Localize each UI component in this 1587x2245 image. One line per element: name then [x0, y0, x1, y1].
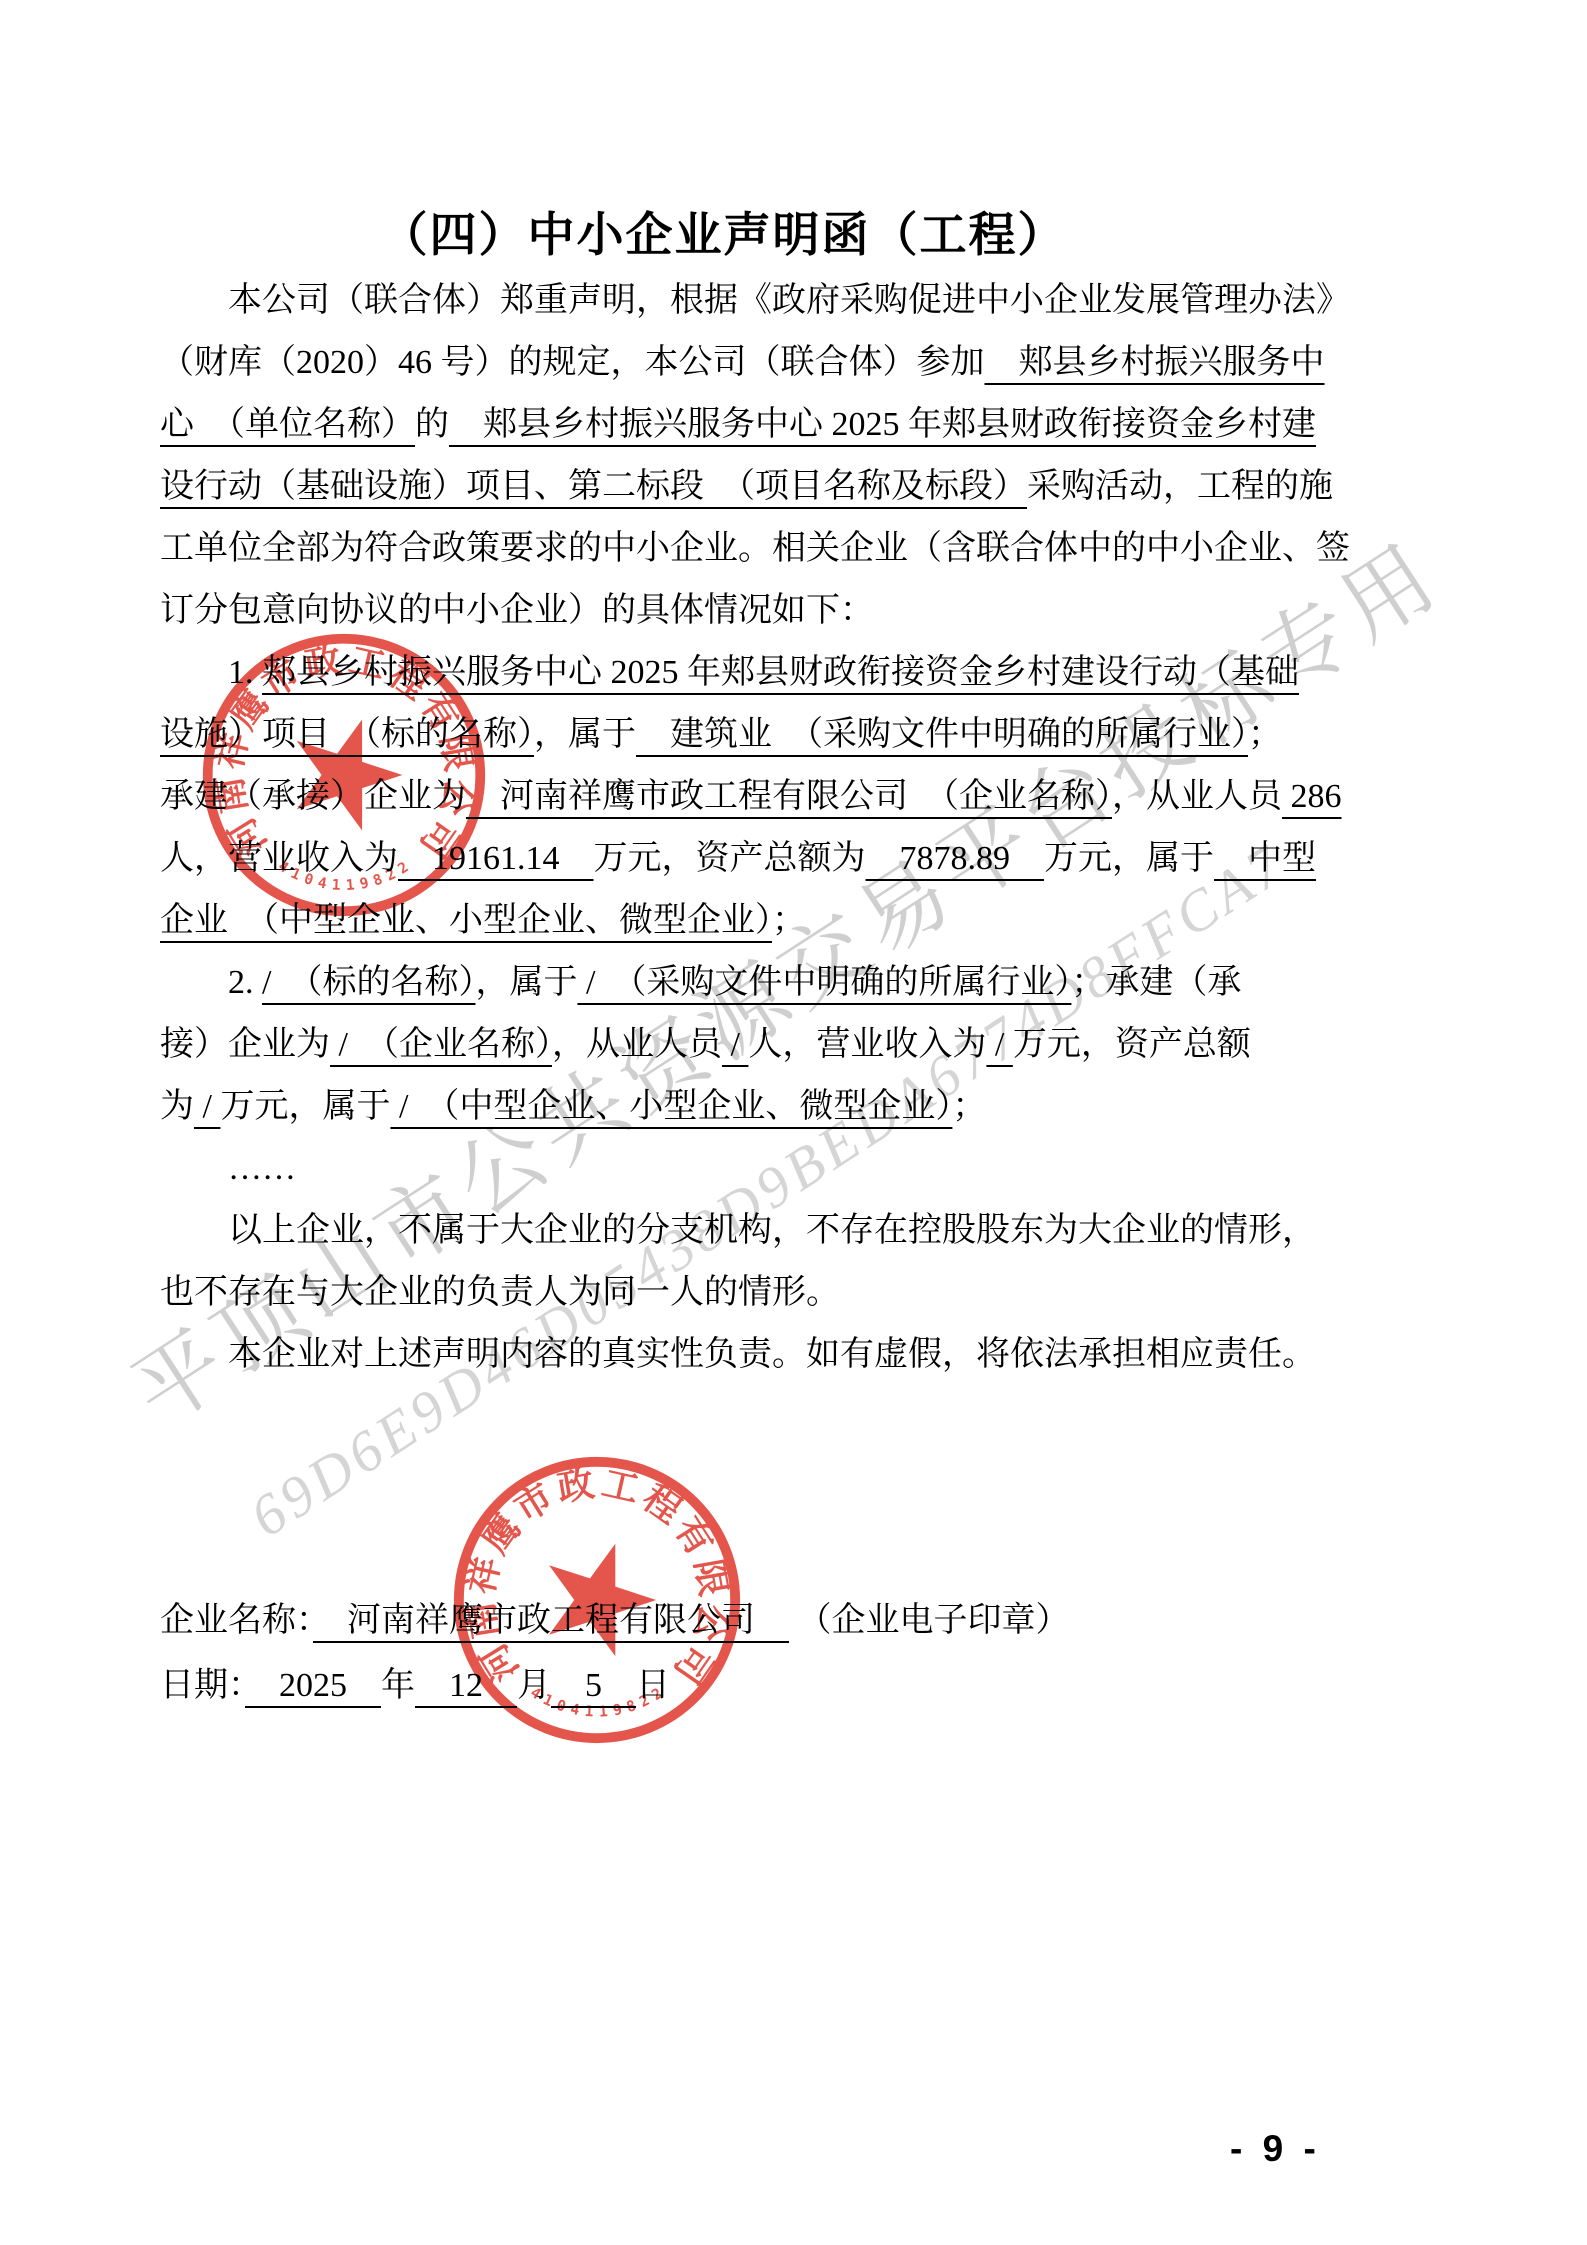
text-run: 年	[381, 1667, 415, 1704]
document-line: 以上企业，不属于大企业的分支机构，不存在控股股东为大企业的情形，	[160, 1200, 1450, 1262]
text-run: ，属于	[534, 716, 636, 753]
page-title: （四）中小企业声明函（工程）	[0, 198, 1447, 265]
text-run: 2.	[228, 964, 262, 1001]
text-run: 日	[636, 1667, 670, 1704]
document-line: 人，营业收入为 19161.14 万元，资产总额为 7878.89 万元，属于 …	[160, 828, 1450, 890]
document-line: 日期： 2025 年 12 月 5 日	[160, 1653, 1070, 1718]
text-run: 月	[517, 1667, 551, 1704]
document-line: 2. / （标的名称），属于 / （采购文件中明确的所属行业）；承建（承	[160, 952, 1450, 1014]
fill-in-blank: / （企业名称）	[330, 1026, 552, 1063]
text-run: 1.	[228, 654, 262, 691]
document-line: 本企业对上述声明内容的真实性负责。如有虚假，将依法承担相应责任。	[160, 1324, 1450, 1386]
document-line: 工单位全部为符合政策要求的中小企业。相关企业（含联合体中的中小企业、签	[160, 518, 1450, 580]
text-run: 也不存在与大企业的负责人为同一人的情形。	[160, 1274, 840, 1311]
document-line: 为 / 万元，属于 / （中型企业、小型企业、微型企业）；	[160, 1076, 1450, 1138]
document-line: 1. 郏县乡村振兴服务中心 2025 年郏县财政衔接资金乡村建设行动（基础	[160, 642, 1450, 704]
text-run: 本公司（联合体）郑重声明，根据《政府采购促进中小企业发展管理办法》	[228, 282, 1350, 319]
declaration-document-page: { "page": { "title": "（四）中小企业声明函（工程）", "…	[0, 0, 1587, 2245]
text-run: 接）企业为	[160, 1026, 330, 1063]
text-run: ，属于	[475, 964, 577, 1001]
text-run: 采购活动，工程的施	[1027, 468, 1333, 505]
text-run: 以上企业，不属于大企业的分支机构，不存在控股股东为大企业的情形，	[228, 1212, 1316, 1249]
text-run: 人，营业收入为	[748, 1026, 986, 1063]
text-run: 万元，资产总额为	[594, 840, 866, 877]
text-run: ；	[952, 1088, 986, 1125]
document-line: 设施）项目 （标的名称），属于 建筑业 （采购文件中明确的所属行业）；	[160, 704, 1450, 766]
fill-in-blank: 企业 （中型企业、小型企业、微型企业）	[160, 902, 772, 939]
text-run: 万元，资产总额	[1013, 1026, 1251, 1063]
text-run: ……	[228, 1150, 296, 1187]
fill-in-blank: 建筑业 （采购文件中明确的所属行业）	[636, 716, 1248, 753]
text-run: （财库（2020）46 号）的规定，本公司（联合体）参加	[160, 344, 985, 381]
document-line: 接）企业为 / （企业名称），从业人员 / 人，营业收入为 / 万元，资产总额	[160, 1014, 1450, 1076]
text-run: ，从业人员	[552, 1026, 722, 1063]
fill-in-blank: / （中型企业、小型企业、微型企业）	[390, 1088, 952, 1125]
document-line: 承建（承接）企业为 河南祥鹰市政工程有限公司 （企业名称），从业人员 286	[160, 766, 1450, 828]
text-run: ；承建（承	[1071, 964, 1241, 1001]
fill-in-blank: /	[194, 1088, 220, 1125]
document-line: 设行动（基础设施）项目、第二标段 （项目名称及标段）采购活动，工程的施	[160, 456, 1450, 518]
fill-in-blank: 河南祥鹰市政工程有限公司 （企业名称）	[466, 778, 1112, 815]
fill-in-blank: / （标的名称）	[262, 964, 475, 1001]
fill-in-blank: / （采购文件中明确的所属行业）	[577, 964, 1071, 1001]
text-run: 万元，属于	[220, 1088, 390, 1125]
text-run: ；	[772, 902, 806, 939]
text-run: 万元，属于	[1044, 840, 1214, 877]
text-run: 企业名称：	[160, 1602, 313, 1639]
document-line: 心 （单位名称）的 郏县乡村振兴服务中心 2025 年郏县财政衔接资金乡村建	[160, 394, 1450, 456]
fill-in-blank: /	[986, 1026, 1012, 1063]
fill-in-blank: 5	[551, 1667, 636, 1704]
fill-in-blank: 河南祥鹰市政工程有限公司	[313, 1602, 789, 1639]
document-line: 企业名称： 河南祥鹰市政工程有限公司 （企业电子印章）	[160, 1588, 1070, 1653]
fill-in-blank: 郏县乡村振兴服务中心 2025 年郏县财政衔接资金乡村建	[449, 406, 1316, 443]
text-run: 的	[415, 406, 449, 443]
fill-in-blank: 286	[1282, 778, 1342, 815]
signature-block: 企业名称： 河南祥鹰市政工程有限公司 （企业电子印章）日期： 2025 年 12…	[160, 1588, 1070, 1718]
text-run: 人，营业收入为	[160, 840, 398, 877]
fill-in-blank: /	[722, 1026, 748, 1063]
declaration-body: 本公司（联合体）郑重声明，根据《政府采购促进中小企业发展管理办法》（财库（202…	[160, 270, 1450, 1386]
text-run: 工单位全部为符合政策要求的中小企业。相关企业（含联合体中的中小企业、签	[160, 530, 1350, 567]
text-run: ；	[1248, 716, 1282, 753]
document-line: ……	[160, 1138, 1450, 1200]
fill-in-blank: 设施）项目 （标的名称）	[160, 716, 534, 753]
fill-in-blank: 心 （单位名称）	[160, 406, 415, 443]
page-number: - 9 -	[1230, 2128, 1321, 2170]
text-run: 为	[160, 1088, 194, 1125]
text-run: 承建（承接）企业为	[160, 778, 466, 815]
fill-in-blank: 2025	[245, 1667, 381, 1704]
text-run: （企业电子印章）	[789, 1602, 1070, 1639]
document-line: （财库（2020）46 号）的规定，本公司（联合体）参加 郏县乡村振兴服务中	[160, 332, 1450, 394]
document-line: 企业 （中型企业、小型企业、微型企业）；	[160, 890, 1450, 952]
fill-in-blank: 郏县乡村振兴服务中心 2025 年郏县财政衔接资金乡村建设行动（基础	[262, 654, 1299, 691]
document-line: 本公司（联合体）郑重声明，根据《政府采购促进中小企业发展管理办法》	[160, 270, 1450, 332]
fill-in-blank: 郏县乡村振兴服务中	[985, 344, 1325, 381]
document-line: 也不存在与大企业的负责人为同一人的情形。	[160, 1262, 1450, 1324]
text-run: 订分包意向协议的中小企业）的具体情况如下：	[160, 592, 874, 629]
fill-in-blank: 中型	[1214, 840, 1316, 877]
text-run: 本企业对上述声明内容的真实性负责。如有虚假，将依法承担相应责任。	[228, 1336, 1316, 1373]
text-run: 日期：	[160, 1667, 245, 1704]
document-line: 订分包意向协议的中小企业）的具体情况如下：	[160, 580, 1450, 642]
fill-in-blank: 12	[415, 1667, 517, 1704]
fill-in-blank: 19161.14	[398, 840, 594, 877]
text-run: ，从业人员	[1112, 778, 1282, 815]
fill-in-blank: 7878.89	[866, 840, 1045, 877]
fill-in-blank: 设行动（基础设施）项目、第二标段 （项目名称及标段）	[160, 468, 1027, 505]
